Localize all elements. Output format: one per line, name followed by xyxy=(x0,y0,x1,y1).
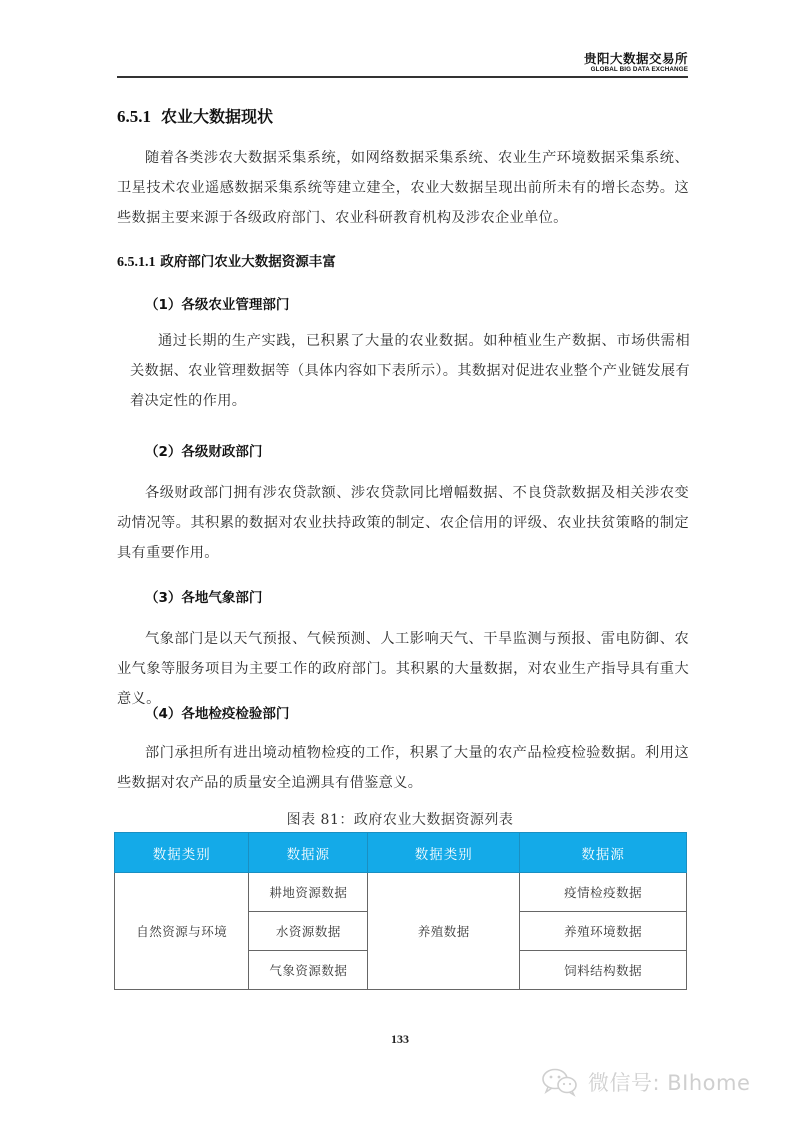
wechat-icon xyxy=(540,1067,580,1097)
column-header: 数据源 xyxy=(520,833,687,873)
header-brand: 贵阳大数据交易所 GLOBAL BIG DATA EXCHANGE xyxy=(584,52,688,74)
category-cell: 自然资源与环境 xyxy=(115,873,249,990)
subsection-heading: 6.5.1.1 政府部门农业大数据资源丰富 xyxy=(117,250,336,271)
section-number: 6.5.1 xyxy=(117,107,151,126)
column-header: 数据类别 xyxy=(115,833,249,873)
subsection-title: 政府部门农业大数据资源丰富 xyxy=(160,254,336,270)
page-number: 133 xyxy=(0,1032,800,1047)
item-paragraph-1: 通过长期的生产实践，已积累了大量的农业数据。如种植业生产数据、市场供需相关数据、… xyxy=(130,326,690,416)
subsection-number: 6.5.1.1 xyxy=(117,255,156,270)
section-intro-paragraph: 随着各类涉农大数据采集系统，如网络数据采集系统、农业生产环境数据采集系统、卫星技… xyxy=(117,143,689,233)
section-title: 农业大数据现状 xyxy=(161,107,273,126)
item-heading-4: （4）各地检疫检验部门 xyxy=(145,702,289,722)
column-header: 数据源 xyxy=(249,833,368,873)
watermark: 微信号: BIhome xyxy=(540,1067,750,1097)
item-paragraph-2: 各级财政部门拥有涉农贷款额、涉农贷款同比增幅数据、不良贷款数据及相关涉农变动情况… xyxy=(117,478,689,568)
source-cell: 饲料结构数据 xyxy=(520,951,687,990)
source-cell: 疫情检疫数据 xyxy=(520,873,687,912)
header-divider xyxy=(117,76,688,78)
item-heading-1: （1）各级农业管理部门 xyxy=(145,293,289,313)
table-caption: 图表 81：政府农业大数据资源列表 xyxy=(0,809,800,829)
brand-name-cn: 贵阳大数据交易所 xyxy=(584,52,688,66)
item-paragraph-4: 部门承担所有进出境动植物检疫的工作，积累了大量的农产品检疫检验数据。利用这些数据… xyxy=(117,738,689,798)
source-cell: 养殖环境数据 xyxy=(520,912,687,951)
source-cell: 耕地资源数据 xyxy=(249,873,368,912)
brand-name-en: GLOBAL BIG DATA EXCHANGE xyxy=(584,66,688,74)
item-heading-3: （3）各地气象部门 xyxy=(145,586,262,606)
category-cell: 养殖数据 xyxy=(368,873,520,990)
resource-table: 数据类别 数据源 数据类别 数据源 自然资源与环境 耕地资源数据 养殖数据 疫情… xyxy=(114,832,687,990)
document-page: 贵阳大数据交易所 GLOBAL BIG DATA EXCHANGE 6.5.1农… xyxy=(0,0,800,1131)
section-heading: 6.5.1农业大数据现状 xyxy=(117,104,273,127)
column-header: 数据类别 xyxy=(368,833,520,873)
table-row: 自然资源与环境 耕地资源数据 养殖数据 疫情检疫数据 xyxy=(115,873,687,912)
table-header-row: 数据类别 数据源 数据类别 数据源 xyxy=(115,833,687,873)
source-cell: 气象资源数据 xyxy=(249,951,368,990)
watermark-text: 微信号: BIhome xyxy=(588,1067,750,1097)
source-cell: 水资源数据 xyxy=(249,912,368,951)
item-paragraph-3: 气象部门是以天气预报、气候预测、人工影响天气、干旱监测与预报、雷电防御、农业气象… xyxy=(117,624,689,714)
item-heading-2: （2）各级财政部门 xyxy=(145,440,262,460)
